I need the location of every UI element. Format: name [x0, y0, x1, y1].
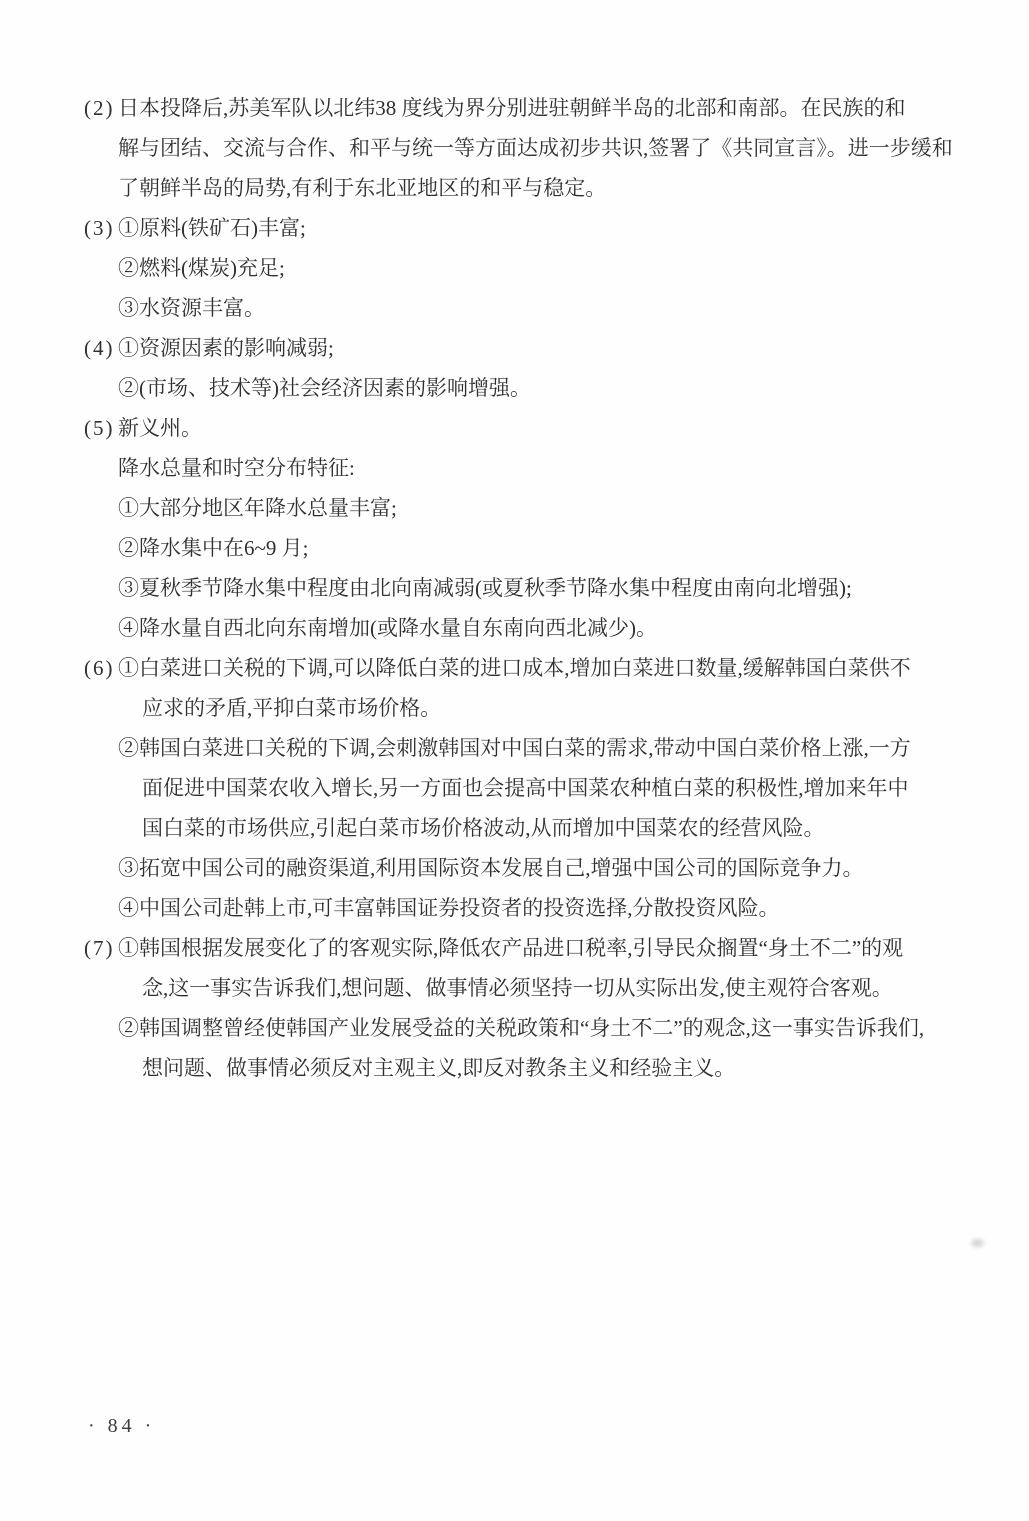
answer-item: (5)新义州。降水总量和时空分布特征:①大部分地区年降水总量丰富;②降水集中在6… [84, 408, 1004, 648]
scan-smudge-artifact [971, 1239, 984, 1247]
answer-line: ①大部分地区年降水总量丰富; [118, 488, 1004, 528]
answer-line: ②(市场、技术等)社会经济因素的影响增强。 [118, 368, 1004, 408]
answer-line: 念,这一事实告诉我们,想问题、做事情必须坚持一切从实际出发,使主观符合客观。 [142, 968, 1004, 1008]
answer-line: 降水总量和时空分布特征: [118, 448, 1004, 488]
answer-line: 想问题、做事情必须反对主观主义,即反对教条主义和经验主义。 [142, 1048, 1004, 1088]
answer-line: ②燃料(煤炭)充足; [118, 248, 1004, 288]
answer-line: 面促进中国菜农收入增长,另一方面也会提高中国菜农种植白菜的积极性,增加来年中 [142, 768, 1004, 808]
answer-marker: (7) [84, 928, 115, 968]
answer-marker: (5) [84, 408, 115, 448]
answer-line: ①原料(铁矿石)丰富; [118, 208, 1004, 248]
answer-line: ①韩国根据发展变化了的客观实际,降低农产品进口税率,引导民众搁置“身土不二”的观 [118, 928, 1004, 968]
answer-marker: (6) [84, 648, 115, 688]
answer-line: ③水资源丰富。 [118, 288, 1004, 328]
scanned-answer-page: (2)日本投降后,苏美军队以北纬38 度线为界分别进驻朝鲜半岛的北部和南部。在民… [0, 0, 1029, 1521]
answer-marker: (4) [84, 328, 115, 368]
answer-line: 解与团结、交流与合作、和平与统一等方面达成初步共识,签署了《共同宣言》。进一步缓… [118, 128, 1004, 168]
answer-item: (6)①白菜进口关税的下调,可以降低白菜的进口成本,增加白菜进口数量,缓解韩国白… [84, 648, 1004, 928]
answer-line: 国白菜的市场供应,引起白菜市场价格波动,从而增加中国菜农的经营风险。 [142, 808, 1004, 848]
answer-line: 日本投降后,苏美军队以北纬38 度线为界分别进驻朝鲜半岛的北部和南部。在民族的和 [118, 88, 1004, 128]
answer-line: 了朝鲜半岛的局势,有利于东北亚地区的和平与稳定。 [118, 168, 1004, 208]
answer-line: ①资源因素的影响减弱; [118, 328, 1004, 368]
answer-line: 新义州。 [118, 408, 1004, 448]
answer-line: ③夏秋季节降水集中程度由北向南减弱(或夏秋季节降水集中程度由南向北增强); [118, 568, 1004, 608]
answer-line: ④降水量自西北向东南增加(或降水量自东南向西北减少)。 [118, 608, 1004, 648]
answer-marker: (2) [84, 88, 115, 128]
answer-item: (3)①原料(铁矿石)丰富;②燃料(煤炭)充足;③水资源丰富。 [84, 208, 1004, 328]
answer-item: (7)①韩国根据发展变化了的客观实际,降低农产品进口税率,引导民众搁置“身土不二… [84, 928, 1004, 1088]
answer-line: ③拓宽中国公司的融资渠道,利用国际资本发展自己,增强中国公司的国际竞争力。 [118, 848, 1004, 888]
page-number: · 84 · [88, 1411, 155, 1441]
answer-line: ①白菜进口关税的下调,可以降低白菜的进口成本,增加白菜进口数量,缓解韩国白菜供不 [118, 648, 1004, 688]
answers-list: (2)日本投降后,苏美军队以北纬38 度线为界分别进驻朝鲜半岛的北部和南部。在民… [84, 88, 1004, 1088]
answer-line: ②韩国调整曾经使韩国产业发展受益的关税政策和“身土不二”的观念,这一事实告诉我们… [118, 1008, 1004, 1048]
answer-line: ②降水集中在6~9 月; [118, 528, 1004, 568]
answer-line: 应求的矛盾,平抑白菜市场价格。 [142, 688, 1004, 728]
answer-item: (4)①资源因素的影响减弱;②(市场、技术等)社会经济因素的影响增强。 [84, 328, 1004, 408]
answer-line: ②韩国白菜进口关税的下调,会刺激韩国对中国白菜的需求,带动中国白菜价格上涨,一方 [118, 728, 1004, 768]
answer-marker: (3) [84, 208, 115, 248]
answer-item: (2)日本投降后,苏美军队以北纬38 度线为界分别进驻朝鲜半岛的北部和南部。在民… [84, 88, 1004, 208]
answer-line: ④中国公司赴韩上市,可丰富韩国证券投资者的投资选择,分散投资风险。 [118, 888, 1004, 928]
